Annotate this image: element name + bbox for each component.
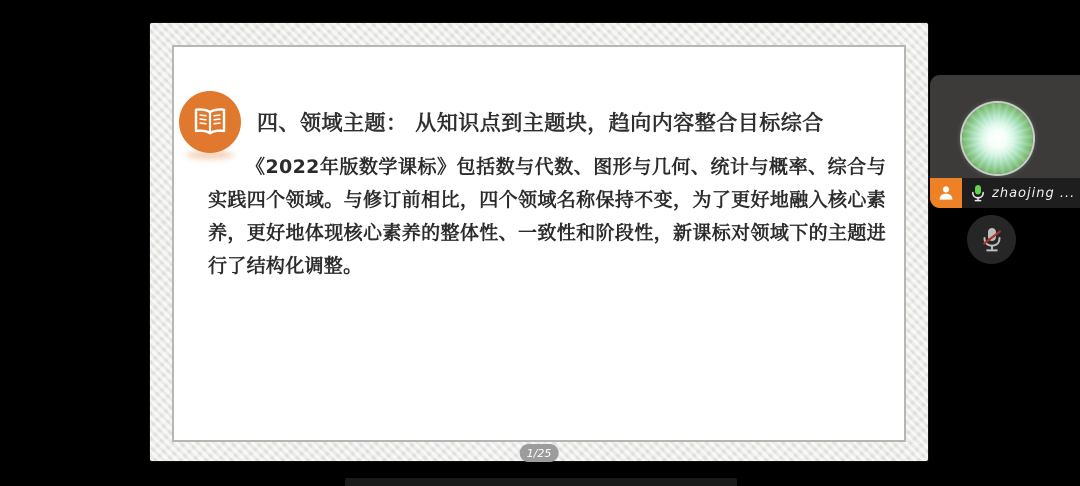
person-icon	[930, 178, 962, 208]
participant-tile[interactable]: zhaojing ...	[930, 75, 1080, 208]
participant-avatar	[962, 103, 1033, 174]
slide-title: 四、领域主题： 从知识点到主题块，趋向内容整合目标综合	[257, 107, 877, 137]
participant-tile-bar: zhaojing ...	[930, 178, 1080, 208]
page-indicator-badge: 1/25	[520, 444, 559, 462]
shared-slide-frame: 四、领域主题： 从知识点到主题块，趋向内容整合目标综合 《2022年版数学课标》…	[150, 23, 928, 461]
open-book-icon	[179, 91, 241, 153]
slide-body-text: 《2022年版数学课标》包括数与代数、图形与几何、统计与概率、综合与实践四个领域…	[208, 151, 886, 283]
slide-canvas: 四、领域主题： 从知识点到主题块，趋向内容整合目标综合 《2022年版数学课标》…	[172, 45, 906, 442]
mic-muted-icon	[981, 226, 1003, 254]
collapsed-controls-bar[interactable]	[345, 478, 737, 486]
mic-on-icon	[971, 184, 985, 202]
meeting-stage: 四、领域主题： 从知识点到主题块，趋向内容整合目标综合 《2022年版数学课标》…	[0, 0, 1080, 486]
participant-name-strip: zhaojing ...	[962, 178, 1080, 208]
mic-muted-button[interactable]	[967, 215, 1016, 264]
participant-name: zhaojing ...	[992, 186, 1075, 201]
